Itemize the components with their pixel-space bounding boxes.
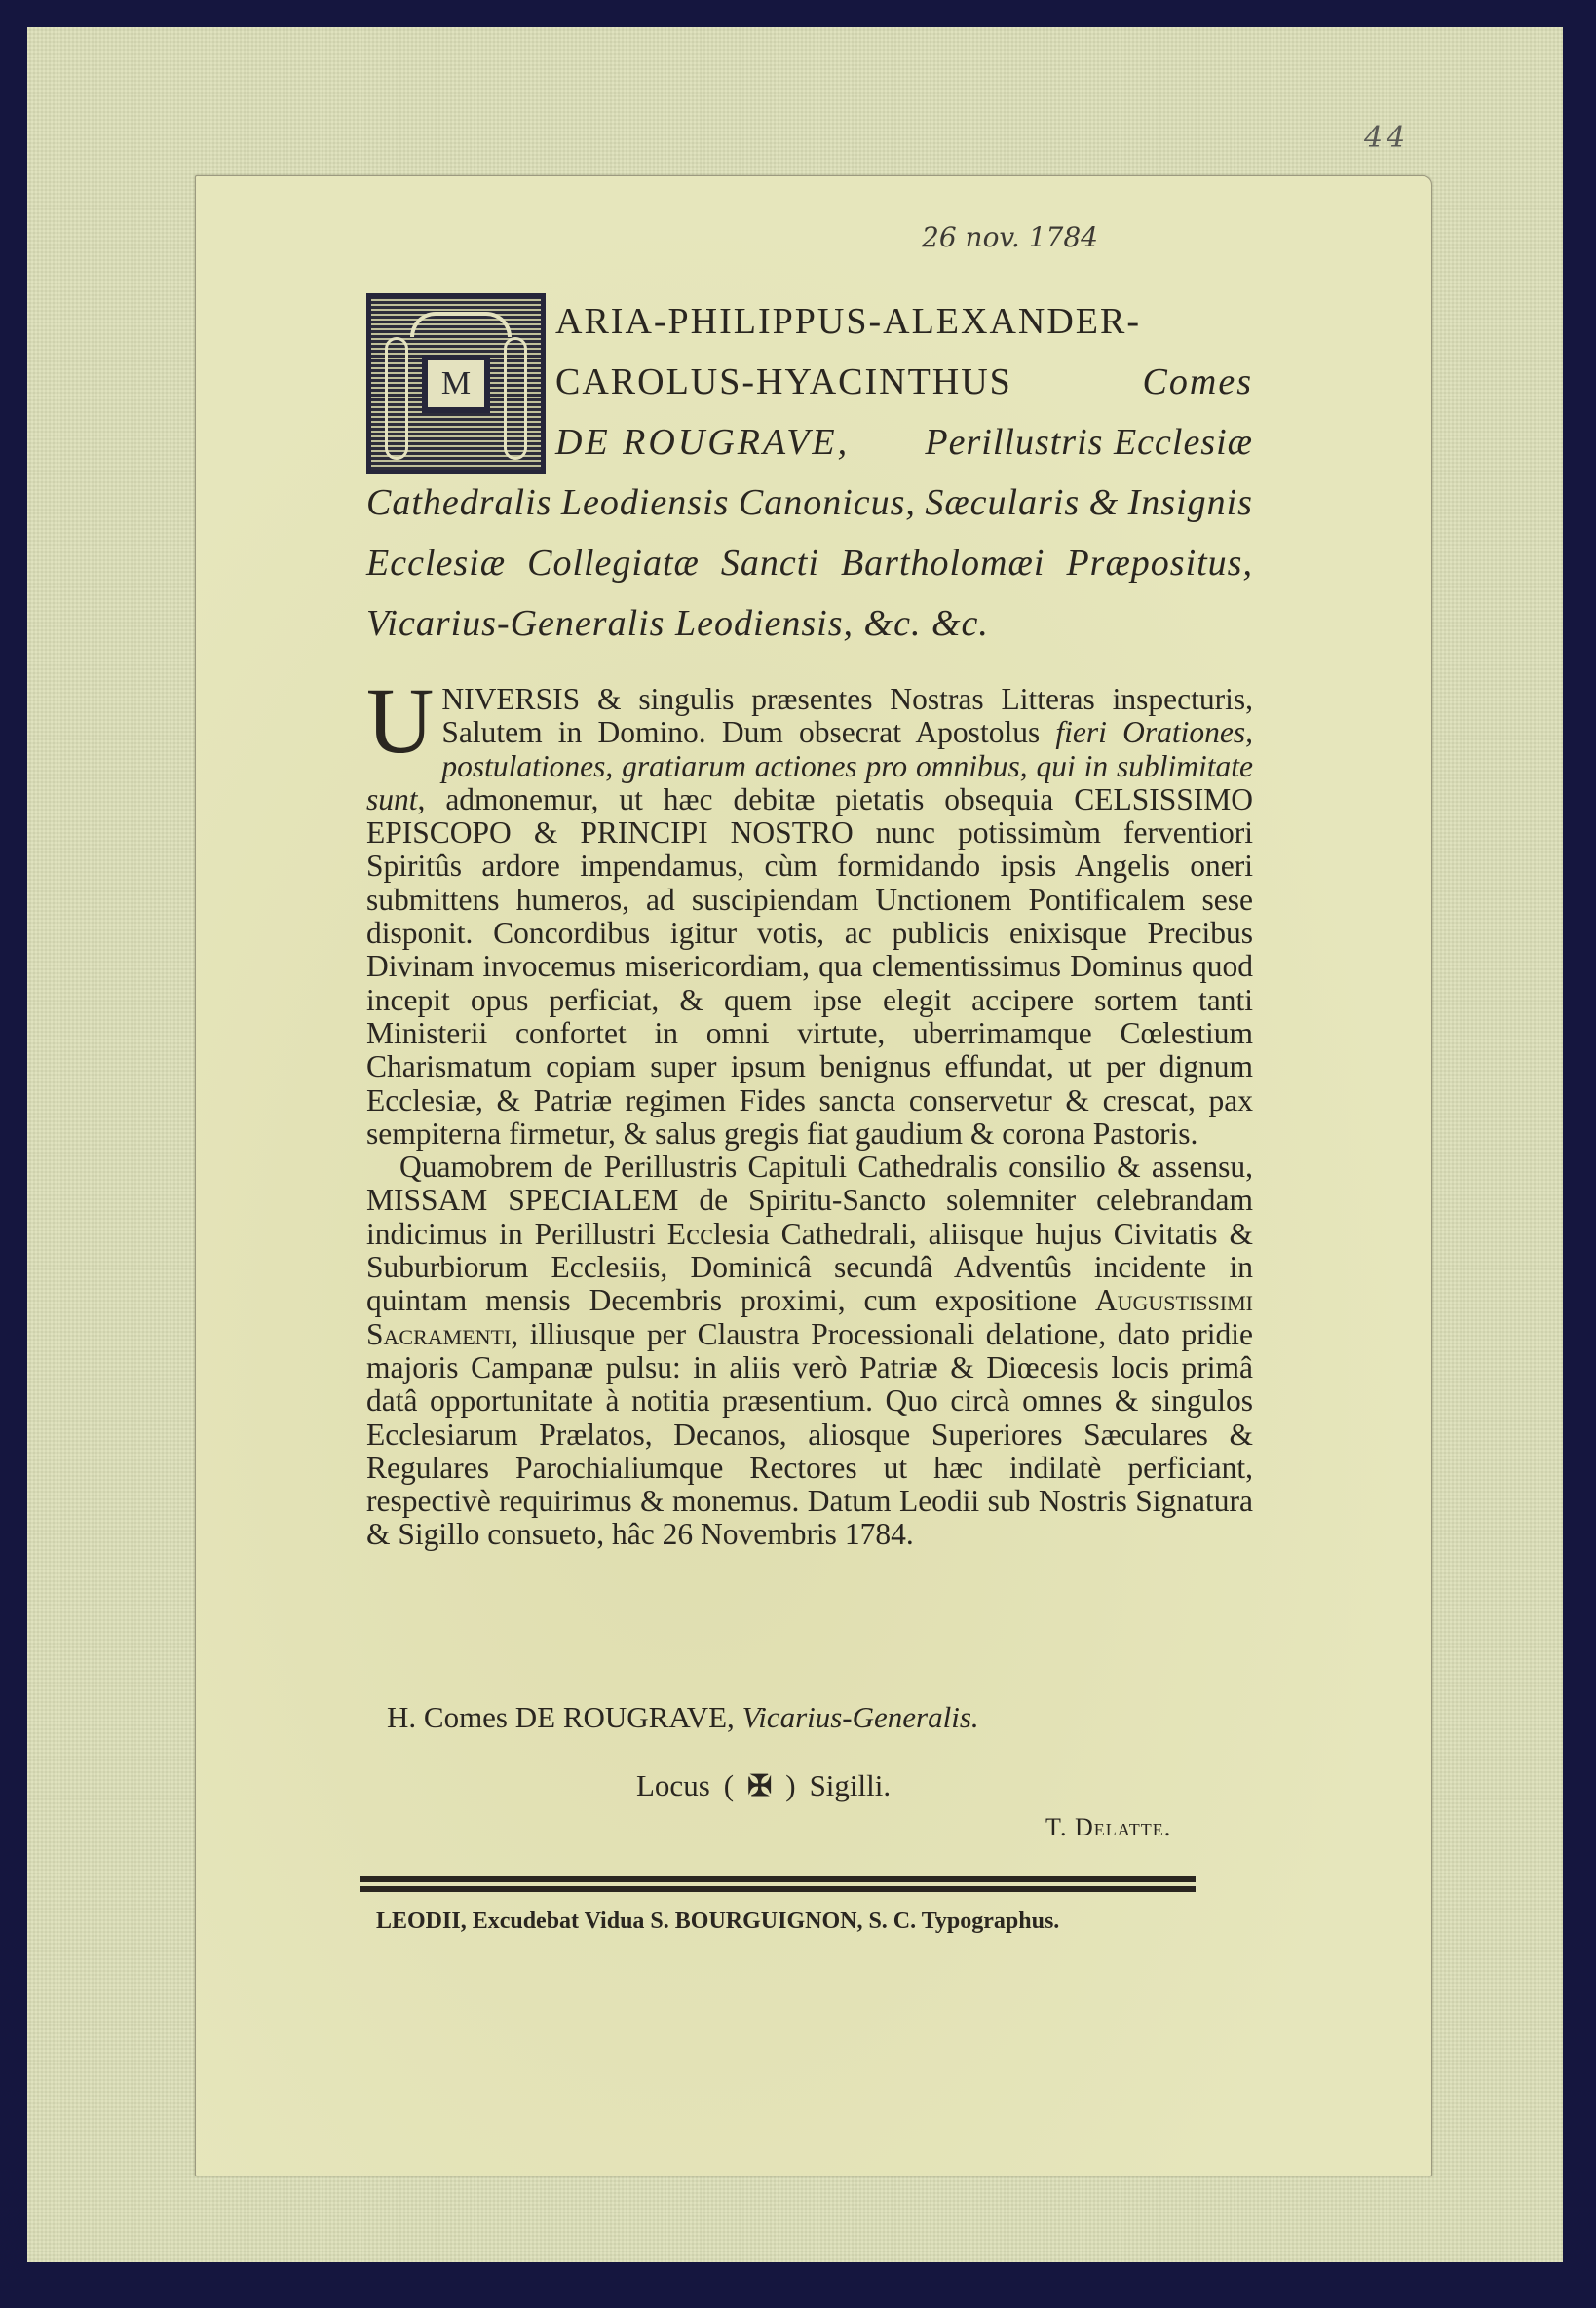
header-ecclesia: Perillustris Ecclesiæ bbox=[925, 424, 1253, 461]
folio-number: 44 bbox=[1364, 121, 1409, 155]
printer-imprint: LEODII, Excudebat Vidua S. BOURGUIGNON, … bbox=[376, 1909, 1059, 1935]
header-word: Ecclesiæ bbox=[366, 545, 506, 582]
locus-label: Locus bbox=[636, 1768, 710, 1803]
sigilli-label: Sigilli. bbox=[810, 1768, 892, 1803]
lead-caps: NIVERSIS bbox=[441, 682, 580, 716]
printed-sheet: 26 nov. 1784 M ARIA-PHILIPPUS-ALEXANDER-… bbox=[195, 175, 1432, 2176]
header-title-italic: Comes bbox=[1143, 363, 1253, 400]
header-line-2: CAROLUS-HYACINTHUS Comes bbox=[555, 363, 1253, 400]
paragraph-2: Quamobrem de Perillustris Capituli Cathe… bbox=[366, 1151, 1253, 1552]
paragraph-1: UNIVERSIS & singulis præsentes Nostras L… bbox=[366, 683, 1253, 1151]
seal-place: Locus ( ✠ ) Sigilli. bbox=[636, 1768, 891, 1803]
header-line-4: Cathedralis Leodiensis Canonicus, Sæcula… bbox=[366, 484, 1253, 521]
document-body: UNIVERSIS & singulis præsentes Nostras L… bbox=[366, 683, 1253, 1552]
header-line-5: Ecclesiæ Collegiatæ Sancti Bartholomæi P… bbox=[366, 545, 1253, 582]
header-word: Bartholomæi bbox=[841, 545, 1045, 582]
handwritten-date: 26 nov. 1784 bbox=[922, 221, 1098, 253]
header-line-1: ARIA-PHILIPPUS-ALEXANDER- bbox=[555, 303, 1141, 340]
header-word: Canonicus, bbox=[739, 484, 916, 521]
paren-open: ( bbox=[724, 1768, 734, 1803]
header-word: Collegiatæ bbox=[527, 545, 700, 582]
header-word: Sæcularis bbox=[925, 484, 1080, 521]
cross-seal-icon: ✠ bbox=[747, 1769, 772, 1803]
ornament-arch-icon bbox=[410, 312, 512, 337]
body-text-run: , illiusque per Claustra Processionali d… bbox=[366, 1317, 1253, 1552]
ornament-scroll-left-icon bbox=[385, 337, 408, 460]
body-text-run: Quamobrem de Perillustris Capituli Cathe… bbox=[399, 1150, 1253, 1184]
header-line-6: Vicarius-Generalis Leodiensis, &c. &c. bbox=[366, 605, 989, 642]
header-word: & bbox=[1089, 484, 1120, 521]
double-rule-divider bbox=[360, 1876, 1196, 1894]
paren-close: ) bbox=[785, 1768, 795, 1803]
body-text-run: nunc potissimùm ferventiori Spiritûs ard… bbox=[366, 815, 1253, 1151]
header-word: Sancti bbox=[721, 545, 819, 582]
mass-title: MISSAM SPECIALEM bbox=[366, 1183, 678, 1217]
ornament-scroll-right-icon bbox=[504, 337, 527, 460]
body-text-run: , admonemur, ut hæc debitæ pietatis obse… bbox=[418, 782, 1075, 816]
signatory-title: Vicarius-Generalis. bbox=[742, 1700, 979, 1734]
header-line-3: DE ROUGRAVE, Perillustris Ecclesiæ bbox=[555, 424, 1253, 461]
header-word: Præpositus, bbox=[1066, 545, 1253, 582]
signature-line: H. Comes DE ROUGRAVE, Vicarius-Generalis… bbox=[387, 1700, 979, 1735]
header-word: Leodiensis bbox=[561, 484, 730, 521]
header-word: Cathedralis bbox=[366, 484, 551, 521]
initial-letter: M bbox=[422, 355, 490, 413]
mount-board: 44 26 nov. 1784 M ARIA-PHILIPPUS-ALEXAND… bbox=[27, 27, 1563, 2262]
rule-line-bottom bbox=[360, 1886, 1196, 1892]
signatory-name: H. Comes DE ROUGRAVE, bbox=[387, 1700, 742, 1734]
drop-cap: U bbox=[366, 687, 434, 755]
header-name-caps: CAROLUS-HYACINTHUS bbox=[555, 363, 1012, 400]
decorated-initial: M bbox=[366, 293, 546, 474]
header-word: Insignis bbox=[1128, 484, 1253, 521]
secretary-name: T. Delatte. bbox=[1045, 1813, 1171, 1842]
rule-line-top bbox=[360, 1876, 1196, 1882]
header-surname: DE ROUGRAVE, bbox=[555, 424, 850, 461]
